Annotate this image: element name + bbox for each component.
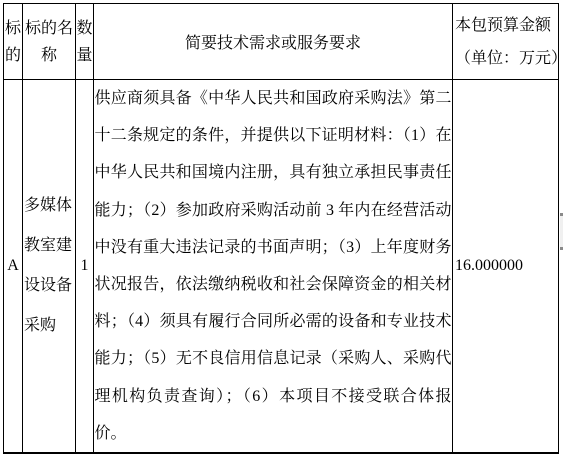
- cell-subject-name: 多媒体教室建设设备采购: [23, 80, 76, 454]
- table-header-row: 标的 标的名称 数量 简要技术需求或服务要求 本包预算金额 （单位：万元）: [4, 4, 559, 80]
- header-budget-line1: 本包预算金额: [455, 9, 558, 42]
- cell-quantity: 1: [76, 80, 94, 454]
- table-row: A 多媒体教室建设设备采购 1 供应商须具备《中华人民共和国政府采购法》第二十二…: [4, 80, 559, 454]
- header-budget-line2: （单位：万元）: [455, 42, 558, 75]
- header-subject-id: 标的: [4, 4, 23, 80]
- cell-subject-id: A: [4, 80, 23, 454]
- requirements-text: 供应商须具备《中华人民共和国政府采购法》第二十二条规定的条件，并提供以下证明材料…: [95, 80, 452, 452]
- header-quantity: 数量: [76, 4, 94, 80]
- cell-budget: 16.000000: [453, 80, 559, 454]
- header-subject-name: 标的名称: [23, 4, 76, 80]
- header-budget: 本包预算金额 （单位：万元）: [453, 4, 559, 80]
- cell-requirements: 供应商须具备《中华人民共和国政府采购法》第二十二条规定的条件，并提供以下证明材料…: [94, 80, 453, 454]
- procurement-lot-table: 标的 标的名称 数量 简要技术需求或服务要求 本包预算金额 （单位：万元） A …: [3, 3, 559, 454]
- header-requirements: 简要技术需求或服务要求: [94, 4, 453, 80]
